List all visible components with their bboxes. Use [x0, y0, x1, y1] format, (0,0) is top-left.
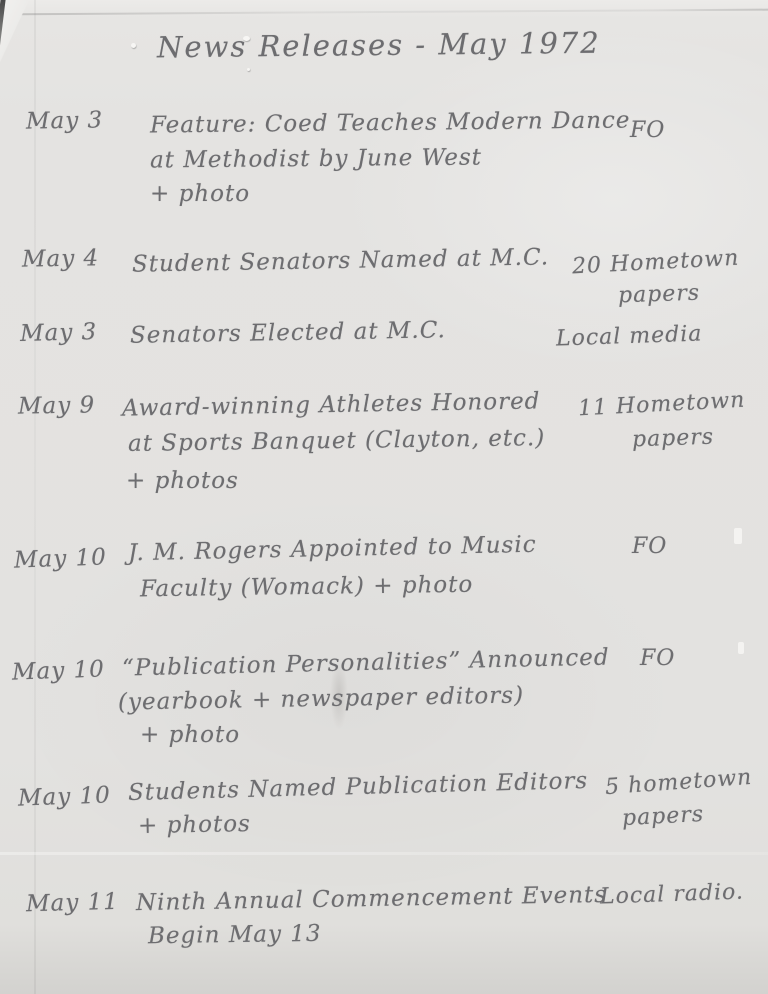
entry-date: May 10: [12, 656, 106, 685]
entry-desc-line: Students Named Publication Editors: [128, 768, 589, 806]
entry-desc-line: Ninth Annual Commencement Events: [136, 882, 608, 916]
entry-desc-line: Student Senators Named at M.C.: [132, 244, 550, 277]
entry-date: May 11: [26, 889, 119, 917]
entry-desc-line: + photo: [140, 722, 240, 748]
entry-desc-line: Begin May 13: [148, 921, 322, 949]
entry-date: May 3: [26, 107, 104, 134]
scanned-page: News Releases - May 1972 May 3 Feature: …: [0, 0, 768, 994]
document-title: News Releases - May 1972: [157, 26, 601, 65]
entry-desc-line: at Methodist by June West: [150, 145, 482, 174]
entry-desc-line: Faculty (Womack) + photo: [140, 572, 474, 603]
paper-edge-notch: [738, 642, 744, 654]
entry-desc-line: Award-winning Athletes Honored: [122, 388, 541, 421]
entry-desc-line: + photo: [150, 181, 250, 207]
entry-date: May 4: [22, 245, 100, 272]
entry-date: May 10: [18, 782, 112, 811]
entry-distribution: 11 Hometown: [577, 388, 745, 422]
entry-distribution: papers: [621, 802, 704, 831]
paper-edge-notch: [734, 528, 742, 544]
paper-speck: [131, 43, 136, 48]
entry-desc-line: Feature: Coed Teaches Modern Dance: [150, 107, 631, 138]
paper-mid-crease: [0, 852, 768, 855]
entry-distribution: FO: [632, 534, 667, 559]
entry-date: May 9: [18, 392, 96, 419]
entry-distribution: Local radio.: [600, 879, 745, 909]
entry-distribution: Local media: [556, 321, 703, 351]
entry-distribution: FO: [630, 118, 665, 143]
entry-distribution: 5 hometown: [604, 765, 753, 800]
paper-top-crease: [0, 9, 768, 16]
entry-date: May 10: [14, 544, 108, 573]
entry-distribution: 20 Hometown: [571, 246, 739, 280]
paper-left-crease: [34, 0, 36, 994]
entry-date: May 3: [20, 319, 98, 347]
entry-desc-line: J. M. Rogers Appointed to Music: [128, 532, 537, 567]
entry-distribution: FO: [640, 646, 675, 671]
entry-distribution: papers: [618, 281, 701, 309]
entry-desc-line: “Publication Personalities” Announced: [122, 644, 610, 681]
paper-speck: [247, 68, 250, 71]
entry-desc-line: + photos: [138, 811, 251, 839]
entry-desc-line: Senators Elected at M.C.: [130, 317, 446, 349]
entry-desc-line: at Sports Banquet (Clayton, etc.): [128, 425, 546, 457]
entry-desc-line: (yearbook + newspaper editors): [118, 682, 524, 715]
entry-distribution: papers: [632, 425, 715, 453]
entry-desc-line: + photos: [126, 468, 239, 494]
